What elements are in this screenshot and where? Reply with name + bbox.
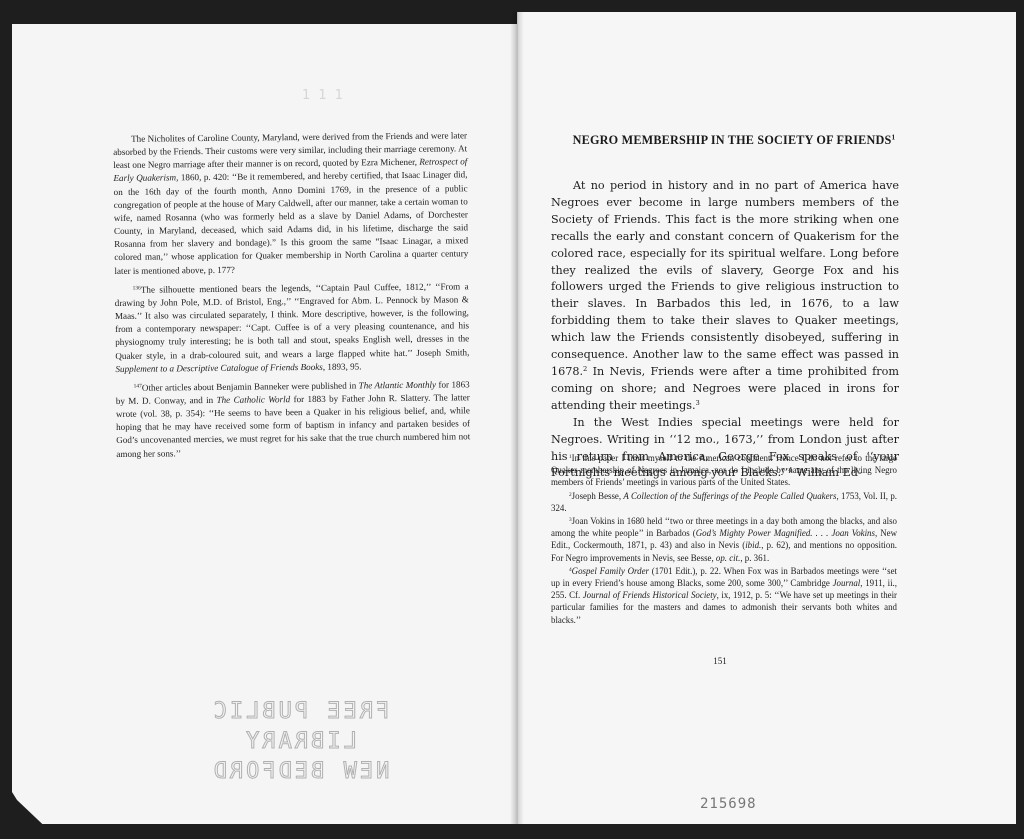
article-title: NEGRO MEMBERSHIP IN THE SOCIETY OF FRIEN… xyxy=(563,133,905,148)
footnote: The Nicholites of Caroline County, Maryl… xyxy=(113,129,468,277)
footnote: 1In this paper I limit myself to the Ame… xyxy=(551,452,897,489)
scanner-bed-edge xyxy=(0,824,1024,839)
article-body: At no period in history and in no part o… xyxy=(551,178,899,482)
footnote-marker: 136 xyxy=(133,285,141,291)
left-page-footnotes: The Nicholites of Caroline County, Maryl… xyxy=(113,129,470,466)
footnote: 136The silhouette mentioned bears the le… xyxy=(115,280,470,376)
stamp-line-1: FREE PUBLIC LIBRARY xyxy=(175,697,425,757)
pencil-mark: 1 1 1 xyxy=(302,88,345,103)
footnote: 2Joseph Besse, A Collection of the Suffe… xyxy=(551,490,897,514)
title-footnote-marker: 1 xyxy=(891,133,895,142)
footnote: 4Gospel Family Order (1701 Edit.), p. 22… xyxy=(551,565,897,626)
footnote: 3Joan Vokins in 1680 held ‘‘two or three… xyxy=(551,515,897,564)
book-spread: 1 1 1 The Nicholites of Caroline County,… xyxy=(0,0,1024,839)
library-perforation-stamp: FREE PUBLIC LIBRARY NEW BEDFORD xyxy=(175,697,425,787)
footnote-marker: 1 xyxy=(569,454,572,460)
body-paragraph: At no period in history and in no part o… xyxy=(551,178,899,415)
stamp-line-2: NEW BEDFORD xyxy=(175,757,425,787)
article-title-text: NEGRO MEMBERSHIP IN THE SOCIETY OF FRIEN… xyxy=(573,133,892,147)
right-page-footnotes: 1In this paper I limit myself to the Ame… xyxy=(551,452,897,627)
footnote-marker: 2 xyxy=(569,491,572,497)
footnote-marker: 147 xyxy=(134,383,142,389)
book-gutter xyxy=(510,12,524,824)
page-number: 151 xyxy=(700,656,740,666)
footnote: 147Other articles about Benjamin Banneke… xyxy=(116,378,471,461)
accession-number: 215698 xyxy=(700,796,757,812)
footnote-marker: 3 xyxy=(569,517,572,523)
